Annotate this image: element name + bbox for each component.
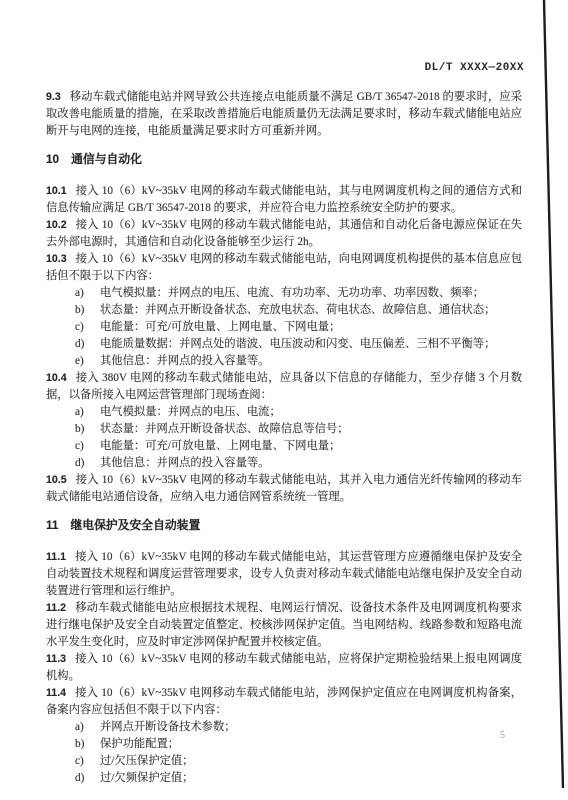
section-number: 11	[46, 518, 58, 532]
list-item-label: d)	[75, 770, 100, 787]
clause-11-2: 11.2移动车载式储能电站应根据技术规程、电网运行情况、设备技术条件及电网调度机…	[46, 600, 522, 651]
clause-11-4: 11.4接入 10（6）kV~35kV 电网移动车载式储能电站，涉网保护定值应在…	[46, 685, 522, 719]
list-item-text: 电能量：可充/可放电量、上网电量、下网电量；	[100, 321, 340, 333]
list-item: c)电能量：可充/可放电量、上网电量、下网电量；	[46, 438, 522, 455]
page-number: 5	[500, 730, 505, 741]
clause-11-3: 11.3接入 10（6）kV~35kV 电网的移动车载式储能电站，应将保护定期检…	[46, 651, 522, 685]
list-11-4: a)并网点开断设备技术参数； b)保护功能配置； c)过/欠压保护定值； d)过…	[46, 719, 522, 787]
clause-text: 接入 380V 电网的移动车载式储能电站，应具备以下信息的存储能力，至少存储 3…	[46, 372, 522, 401]
list-item-label: b)	[75, 302, 100, 319]
list-item-label: b)	[75, 421, 100, 438]
clause-text: 接入 10（6）kV~35kV 电网的移动车载式储能电站，应将保护定期检验结果上…	[46, 653, 522, 682]
document-page: DL/T XXXX—20XX 9.3移动车载式储能电站并网导致公共连接点电能质量…	[0, 0, 568, 800]
list-item: a)并网点开断设备技术参数；	[46, 719, 522, 736]
list-item: d)其他信息：并网点的投入容量等。	[46, 455, 522, 472]
clause-10-1: 10.1接入 10（6）kV~35kV 电网的移动车载式储能电站，其与电网调度机…	[46, 183, 522, 217]
section-11-heading: 11继电保护及安全自动装置	[46, 517, 522, 534]
list-item-label: d)	[75, 455, 100, 472]
clause-number: 11.1	[46, 551, 66, 563]
list-item-text: 电气模拟量：并网点的电压、电流；	[100, 406, 281, 418]
list-item: d)过/欠频保护定值；	[46, 770, 522, 787]
section-number: 10	[46, 152, 59, 166]
list-item-text: 状态量：并网点开断设备状态、充放电状态、荷电状态、故障信息、通信状态；	[100, 304, 495, 316]
list-item: a)电气模拟量：并网点的电压、电流、有功功率、无功功率、功率因数、频率；	[46, 285, 522, 302]
clause-text: 接入 10（6）kV~35kV 电网的移动车载式储能电站，其通信和自动化后备电源…	[46, 219, 522, 248]
clause-10-2: 10.2接入 10（6）kV~35kV 电网的移动车载式储能电站，其通信和自动化…	[46, 217, 522, 251]
list-item-label: c)	[75, 753, 100, 770]
clause-number: 11.3	[46, 653, 66, 665]
list-item-text: 过/欠压保护定值；	[100, 755, 194, 767]
list-item: b)状态量：并网点开断设备状态、充放电状态、荷电状态、故障信息、通信状态；	[46, 302, 522, 319]
list-item-text: 并网点开断设备技术参数；	[100, 721, 236, 733]
list-item-label: d)	[75, 336, 100, 353]
clause-number: 10.3	[46, 253, 67, 265]
list-item-label: b)	[75, 736, 100, 753]
list-item-label: c)	[75, 319, 100, 336]
list-item-text: 其他信息：并网点的投入容量等。	[100, 355, 269, 367]
clause-10-4: 10.4接入 380V 电网的移动车载式储能电站，应具备以下信息的存储能力，至少…	[46, 370, 522, 404]
list-item: b)状态量：并网点开断设备状态、故障信息等信号；	[46, 421, 522, 438]
clause-number: 10.1	[46, 185, 67, 197]
clause-9-3: 9.3移动车载式储能电站并网导致公共连接点电能质量不满足 GB/T 36547-…	[46, 89, 522, 140]
list-item-label: e)	[75, 353, 100, 370]
clause-text: 移动车载式储能电站并网导致公共连接点电能质量不满足 GB/T 36547-201…	[46, 91, 522, 137]
list-item-text: 保护功能配置；	[100, 738, 179, 750]
list-item: c)电能量：可充/可放电量、上网电量、下网电量；	[46, 319, 522, 336]
clause-number: 10.2	[46, 219, 67, 231]
section-title: 继电保护及安全自动装置	[70, 518, 200, 532]
list-item-text: 其他信息：并网点的投入容量等。	[100, 457, 269, 469]
list-item: c)过/欠压保护定值；	[46, 753, 522, 770]
list-item-label: a)	[75, 719, 100, 736]
standard-number-header: DL/T XXXX—20XX	[0, 62, 524, 74]
clause-number: 10.5	[46, 474, 67, 486]
section-title: 通信与自动化	[71, 152, 142, 166]
list-item: d)电能质量数据：并网点处的谐波、电压波动和闪变、电压偏差、三相不平衡等；	[46, 336, 522, 353]
clause-text: 接入 10（6）kV~35kV 电网的移动车载式储能电站，其并入电力通信光纤传输…	[46, 474, 522, 503]
list-item-label: a)	[75, 404, 100, 421]
clause-text: 移动车载式储能电站应根据技术规程、电网运行情况、设备技术条件及电网调度机构要求进…	[46, 602, 522, 648]
clause-11-1: 11.1接入 10（6）kV~35kV 电网的移动车载式储能电站，其运营管理方应…	[46, 549, 522, 600]
clause-number: 11.2	[46, 602, 66, 614]
clause-text: 接入 10（6）kV~35kV 电网移动车载式储能电站，涉网保护定值应在电网调度…	[46, 687, 522, 716]
list-item-text: 电能量：可充/可放电量、上网电量、下网电量；	[100, 440, 340, 452]
list-item-text: 状态量：并网点开断设备状态、故障信息等信号；	[100, 423, 349, 435]
section-10-heading: 10通信与自动化	[46, 151, 522, 168]
clause-text: 接入 10（6）kV~35kV 电网的移动车载式储能电站，其运营管理方应遵循继电…	[46, 551, 522, 597]
list-item-text: 过/欠频保护定值；	[100, 772, 194, 784]
list-item-text: 电气模拟量：并网点的电压、电流、有功功率、无功功率、功率因数、频率；	[100, 287, 484, 299]
list-10-3: a)电气模拟量：并网点的电压、电流、有功功率、无功功率、功率因数、频率； b)状…	[46, 285, 522, 370]
list-item: e)其他信息：并网点的投入容量等。	[46, 353, 522, 370]
list-item: b)保护功能配置；	[46, 736, 522, 753]
clause-number: 10.4	[46, 372, 67, 384]
list-item: a)电气模拟量：并网点的电压、电流；	[46, 404, 522, 421]
list-item-text: 电能质量数据：并网点处的谐波、电压波动和闪变、电压偏差、三相不平衡等；	[100, 338, 495, 350]
clause-number: 9.3	[46, 91, 61, 103]
clause-10-5: 10.5接入 10（6）kV~35kV 电网的移动车载式储能电站，其并入电力通信…	[46, 472, 522, 506]
list-10-4: a)电气模拟量：并网点的电压、电流； b)状态量：并网点开断设备状态、故障信息等…	[46, 404, 522, 472]
document-body: 9.3移动车载式储能电站并网导致公共连接点电能质量不满足 GB/T 36547-…	[46, 89, 522, 787]
list-item-label: c)	[75, 438, 100, 455]
clause-text: 接入 10（6）kV~35kV 电网的移动车载式储能电站，向电网调度机构提供的基…	[46, 253, 522, 282]
clause-10-3: 10.3接入 10（6）kV~35kV 电网的移动车载式储能电站，向电网调度机构…	[46, 251, 522, 285]
list-item-label: a)	[75, 285, 100, 302]
clause-text: 接入 10（6）kV~35kV 电网的移动车载式储能电站，其与电网调度机构之间的…	[46, 185, 522, 214]
clause-number: 11.4	[46, 687, 66, 699]
